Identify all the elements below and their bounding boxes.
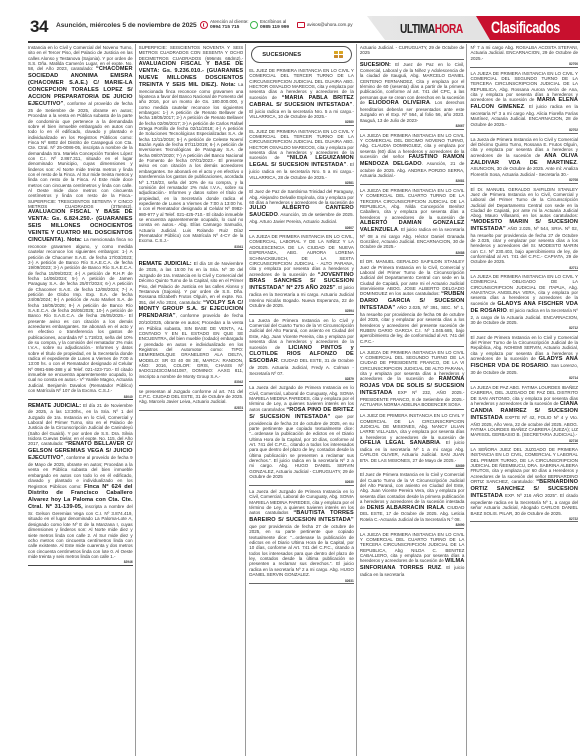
legal-notice: Actuario Judicial. - CURUGUATY, 29 de Oc… — [360, 44, 465, 57]
legal-notice: La Jueza de Primera Instancia en lo Civi… — [249, 317, 354, 377]
notice-code: 82631 — [249, 579, 354, 585]
notice-code: 82667 — [360, 124, 465, 130]
notice-code — [360, 345, 465, 347]
notice-lead: REMATE JUDICIAL: — [28, 403, 81, 409]
notice-code: 82722 — [470, 517, 578, 523]
notice-code: 82711 — [470, 266, 578, 272]
legal-notice: El Dr. MANUEL GERALDO SAIFILDIN STANLEY … — [470, 186, 578, 266]
banner-label: SUCESIONES — [262, 52, 301, 58]
notice-code: 82630 — [249, 480, 354, 486]
notice-code: 83041 — [139, 245, 244, 251]
notice-code: 82702 — [470, 128, 578, 134]
legal-notice: El DR. MANUEL GERALDO SAIFILDIN STANLEY … — [360, 258, 465, 345]
notice-code: 82716 — [470, 439, 578, 445]
legal-notice: LA JUEZA DE PRIMERA INSTANCIA EN LO CIVI… — [360, 531, 465, 579]
legal-notice: La Jueza del Juzgado de Primera Instanci… — [249, 488, 354, 579]
notice-code: 82580 — [249, 120, 354, 126]
legal-notice: SUCESION: El Juez de Paz en lo Civil, Co… — [360, 59, 465, 124]
notice-code: 82712 — [470, 326, 578, 332]
page-number: 34 — [30, 17, 48, 37]
notice-code: 82581 — [249, 181, 354, 187]
column-4: Actuario Judicial. - CURUGUATY, 29 de Oc… — [360, 44, 468, 756]
sucesiones-banner: SUCESIONES — [251, 46, 352, 63]
contact-label: Escríbinos al — [260, 19, 286, 24]
notice-code: 82688 — [360, 251, 465, 257]
legal-notice: LA JUEZA DE PRIMERA INSTANCIA EN LO CIVI… — [360, 187, 465, 251]
notice-code: 82714 — [470, 376, 578, 382]
notice-lead: SUCESION: — [360, 62, 391, 68]
notice-code: 82594 — [249, 309, 354, 315]
legal-notice: se presentan al Juzgado conforme al art.… — [139, 388, 244, 406]
legal-notice: REMATE JUDICIAL: El día 21 de Noviembre … — [28, 402, 133, 560]
people-icon — [334, 51, 343, 59]
notice-code: 83042 — [139, 380, 244, 386]
brand-logo: ULTIMAHORA — [400, 21, 463, 36]
legal-notice: LA SEÑORA JUEZ DEL JUZGADO DE PRIMERA IN… — [470, 446, 578, 517]
legal-notice: EL JUEZ DE PRIMERA INSTANCIA EN LO CIVIL… — [249, 67, 354, 120]
customer-service-contact[interactable]: Atención al cliente:0994 715 715 — [200, 19, 249, 31]
legal-notice: LA JUEZA DE PAZ ABG. FATIMA LOURDES IBAÑ… — [470, 384, 578, 439]
legal-notice: El Juez de Paz de Santísima Trinidad del… — [249, 188, 354, 225]
legal-notice: La Jueza de Primera Instancia en lo Civi… — [470, 136, 578, 179]
notice-code: 82690 — [360, 523, 465, 529]
column-2: SUPERFICIE: SEISCIENTOS NOVENTA Y SEIS M… — [139, 44, 247, 756]
notice-code: 82708 — [470, 178, 578, 184]
whatsapp-icon — [250, 21, 258, 29]
notice-code: 82700 — [470, 62, 578, 68]
legal-notice: LA JUEZA DE PRIMERA INSTANCIA EN LO CIVI… — [470, 273, 578, 326]
legal-notice: LA JUEZA DE PRIMERA INSTANCIA EN LO CIVI… — [470, 70, 578, 129]
notice-code: 82607 — [249, 226, 354, 232]
brand-part-hora: HORA — [435, 21, 463, 36]
decedent-name: DENIS ALBARRACIN IRALA — [367, 505, 445, 511]
decedent-name: ELIODORA OLIVEIRA — [369, 100, 430, 106]
legal-notice: Instancia en lo Civil y Comercial del No… — [28, 44, 133, 395]
legal-notice: LA JUEZA DE PRIMERA INSTANCIA EN LO CIVI… — [360, 349, 465, 409]
contact-whatsapp: 0985 119 999 — [260, 25, 289, 30]
notice-code: 82874 — [139, 406, 244, 412]
legal-notice: LA JUEZA DE PRIMERA INSTANCIA EN LO CIVI… — [249, 233, 354, 309]
legal-notice: LA JUEZA DE PRIMERA INSTANCIA EN LO CIVI… — [360, 132, 465, 180]
dateline: Asunción, miércoles 5 de noviembre de 20… — [56, 22, 197, 29]
notice-code: 83040 — [28, 395, 133, 401]
notice-code: 82681 — [360, 179, 465, 185]
column-5: Nº 7 a mi cargo Abg. ROSALBA ACOSTA STEF… — [470, 44, 580, 756]
notice-code — [360, 409, 465, 411]
whatsapp-contact[interactable]: Escríbinos al0985 119 999 — [250, 19, 289, 31]
section-title: Clasificados — [491, 18, 560, 38]
legal-notice: LA JUEZ DE PRIMERA INSTANCIA EN LO CIVIL… — [360, 412, 465, 464]
column-1: Instancia en lo Civil y Comercial del No… — [28, 44, 136, 756]
mail-icon — [297, 22, 305, 28]
contact-email: avisos@uhora.com.py — [307, 22, 353, 27]
legal-notice: El Juez de Primera Instancia en lo Civil… — [470, 334, 578, 377]
contact-phone: 0994 715 715 — [210, 25, 239, 30]
notice-code: 82879 — [249, 377, 354, 383]
notice-code: 82689 — [360, 464, 465, 470]
decedent-name: OFELIA LEGAL SANABRIA — [360, 440, 440, 446]
page-header: 34 Asunción, miércoles 5 de noviembre de… — [0, 16, 580, 38]
phone-icon — [200, 21, 208, 29]
brand-part-ultima: ULTIMA — [400, 21, 435, 36]
valuation: AVALUACION FISCAL Y BASE DE VENTA: Gs. 9… — [139, 61, 244, 88]
column-3: SUCESIONES EL JUEZ DE PRIMERA INSTANCIA … — [249, 44, 357, 756]
notice-lead: REMATE JUDICIAL: — [139, 261, 192, 267]
legal-notice: Nº 7 a mi cargo Abg. ROSALBA ACOSTA STEF… — [470, 44, 578, 62]
email-contact[interactable]: avisos@uhora.com.py — [297, 22, 353, 28]
legal-notice: La Jueza del Juzgado de Primera Instanci… — [249, 384, 354, 480]
legal-notice: El Juez de Primera Instancia en lo Civil… — [360, 471, 465, 523]
legal-notice: SUPERFICIE: SEISCIENTOS NOVENTA Y SEIS M… — [139, 44, 244, 245]
classifieds-page: 34 Asunción, miércoles 5 de noviembre de… — [0, 0, 580, 756]
header-rule — [28, 41, 580, 43]
contact-label: Atención al cliente: — [210, 19, 249, 24]
legal-notice: REMATE JUDICIAL: El día 18 de Noviembre … — [139, 260, 244, 380]
notice-code: 82946 — [28, 560, 133, 566]
legal-notice: EL JUEZ DE PRIMERA INSTANCIA EN LO CIVIL… — [249, 128, 354, 181]
columns-container: Instancia en lo Civil y Comercial del No… — [28, 44, 580, 756]
